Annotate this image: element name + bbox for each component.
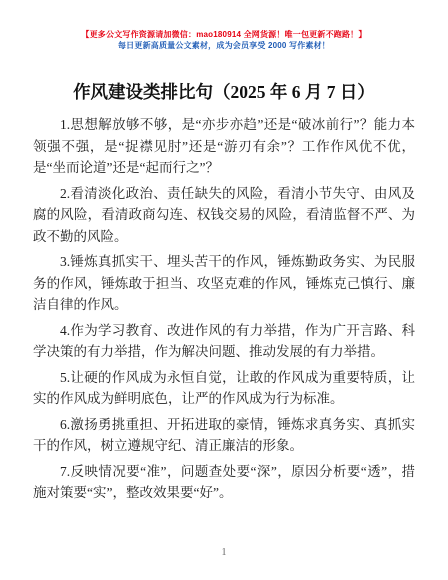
document-body: 1.思想解放够不够，是“亦步亦趋”还是“破冰前行”？能力本领强不强，是“捉襟见肘… — [33, 114, 415, 504]
body-paragraph-4: 4.作为学习教育、改进作风的有力举措，作为广开言路、科学决策的有力举措，作为解决… — [33, 320, 415, 363]
body-paragraph-3: 3.锤炼真抓实干、埋头苦干的作风，锤炼勤政务实、为民服务的作风，锤炼敢于担当、攻… — [33, 251, 415, 316]
page-footer: 1 — [0, 547, 448, 558]
watermark-line1: 【更多公文写作资源请加微信：mao180914 全网货源！唯一包更新不跑路！】 — [0, 29, 448, 40]
body-paragraph-2: 2.看清淡化政治、责任缺失的风险，看清小节失守、由风及腐的风险，看清政商勾连、权… — [33, 183, 415, 248]
document-page: 【更多公文写作资源请加微信：mao180914 全网货源！唯一包更新不跑路！】 … — [0, 0, 448, 580]
body-paragraph-7: 7.反映情况要“准”，问题查处要“深”，原因分析要“透”，措施对策要“实”，整改… — [33, 461, 415, 504]
watermark-header: 【更多公文写作资源请加微信：mao180914 全网货源！唯一包更新不跑路！】 … — [0, 0, 448, 51]
body-paragraph-6: 6.激扬勇挑重担、开拓进取的豪情，锤炼求真务实、真抓实干的作风，树立遵规守纪、清… — [33, 414, 415, 457]
watermark-line2: 每日更新高质量公文素材，成为会员享受 2000 写作素材！ — [0, 40, 448, 51]
body-paragraph-5: 5.让硬的作风成为永恒自觉，让敢的作风成为重要特质，让实的作风成为鲜明底色，让严… — [33, 367, 415, 410]
document-title: 作风建设类排比句（2025 年 6 月 7 日） — [20, 81, 428, 103]
body-paragraph-1: 1.思想解放够不够，是“亦步亦趋”还是“破冰前行”？能力本领强不强，是“捉襟见肘… — [33, 114, 415, 179]
page-number: 1 — [222, 547, 227, 558]
